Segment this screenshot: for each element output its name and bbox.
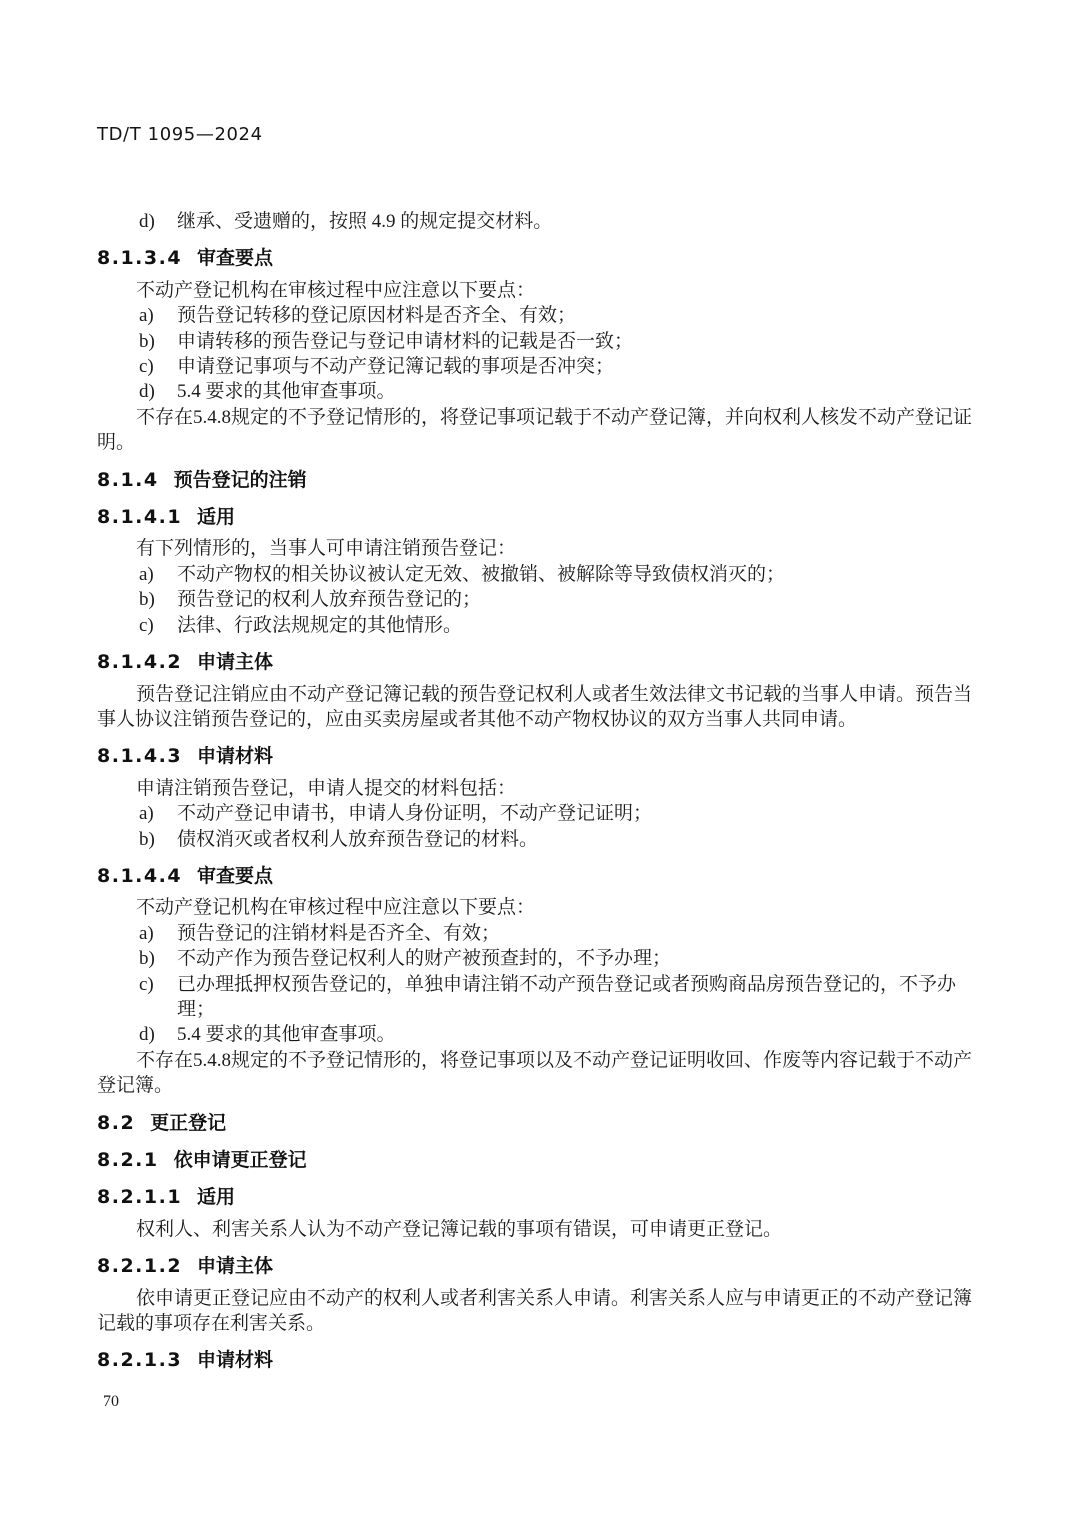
section-title: 申请主体 (197, 651, 273, 673)
list-item-label: b) (139, 827, 155, 852)
section-number: 8.1.4.3 (97, 745, 182, 767)
list-item-text: 申请转移的预告登记与登记申请材料的记载是否一致； (177, 331, 633, 352)
list-item-text: 预告登记转移的登记原因材料是否齐全、有效； (177, 305, 576, 326)
list-item-text: 法律、行政法规规定的其他情形。 (177, 615, 462, 636)
list-item-text: 不动产登记申请书，申请人身份证明，不动产登记证明； (177, 803, 652, 824)
paragraph: 预告登记注销应由不动产登记簿记载的预告登记权利人或者生效法律文书记载的当事人申请… (97, 682, 978, 733)
list-item-label: c) (139, 354, 154, 379)
section-number: 8.1.4.2 (97, 651, 182, 673)
list-item-text: 继承、受遗赠的，按照 4.9 的规定提交材料。 (177, 211, 552, 232)
list-item: b) 申请转移的预告登记与登记申请材料的记载是否一致； (97, 329, 978, 354)
section-heading: 8.2.1依申请更正登记 (97, 1148, 978, 1173)
paragraph: 申请注销预告登记，申请人提交的材料包括： (97, 776, 978, 801)
doc-number: TD/T 1095—2024 (97, 0, 978, 145)
section-number: 8.1.4.4 (97, 865, 182, 887)
document-content: d) 继承、受遗赠的，按照 4.9 的规定提交材料。 8.1.3.4审查要点 不… (97, 209, 978, 1374)
list-item-label: b) (139, 329, 155, 354)
list-item-label: a) (139, 921, 154, 946)
list-item-text: 申请登记事项与不动产登记簿记载的事项是否冲突； (177, 356, 614, 377)
list-item: d) 继承、受遗赠的，按照 4.9 的规定提交材料。 (97, 209, 978, 234)
list-item-text: 不动产物权的相关协议被认定无效、被撤销、被解除等导致债权消灭的； (177, 564, 785, 585)
list-item-label: a) (139, 562, 154, 587)
page-number: 70 (103, 1393, 119, 1411)
section-heading: 8.1.4.3申请材料 (97, 744, 978, 769)
list-item-label: a) (139, 801, 154, 826)
section-number: 8.1.3.4 (97, 247, 182, 269)
section-title: 适用 (197, 1186, 235, 1208)
section-heading: 8.2.1.2申请主体 (97, 1254, 978, 1279)
list-item: b) 债权消灭或者权利人放弃预告登记的材料。 (97, 827, 978, 852)
list-item-label: a) (139, 303, 154, 328)
list-item-label: b) (139, 587, 155, 612)
section-title: 申请材料 (197, 1349, 273, 1371)
paragraph: 有下列情形的，当事人可申请注销预告登记： (97, 536, 978, 561)
list-item: d) 5.4 要求的其他审查事项。 (97, 1022, 978, 1047)
section-heading: 8.2更正登记 (97, 1111, 978, 1136)
list-item: a) 预告登记转移的登记原因材料是否齐全、有效； (97, 303, 978, 328)
paragraph: 不存在5.4.8规定的不予登记情形的，将登记事项以及不动产登记证明收回、作废等内… (97, 1048, 978, 1099)
section-number: 8.2.1.1 (97, 1186, 182, 1208)
list-item-text: 预告登记的权利人放弃预告登记的； (177, 589, 481, 610)
list-item: a) 预告登记的注销材料是否齐全、有效； (97, 921, 978, 946)
paragraph: 不存在5.4.8规定的不予登记情形的，将登记事项记载于不动产登记簿，并向权利人核… (97, 405, 978, 456)
section-title: 申请主体 (197, 1255, 273, 1277)
section-heading: 8.1.3.4审查要点 (97, 246, 978, 271)
section-title: 审查要点 (197, 247, 273, 269)
list-item-label: d) (139, 379, 155, 404)
section-number: 8.2.1.2 (97, 1255, 182, 1277)
list-item-label: b) (139, 946, 155, 971)
paragraph: 依申请更正登记应由不动产的权利人或者利害关系人申请。利害关系人应与申请更正的不动… (97, 1286, 978, 1337)
section-heading: 8.1.4.1适用 (97, 505, 978, 530)
list-item: b) 预告登记的权利人放弃预告登记的； (97, 587, 978, 612)
list-item-text: 预告登记的注销材料是否齐全、有效； (177, 923, 500, 944)
section-heading: 8.1.4预告登记的注销 (97, 468, 978, 493)
document-page: TD/T 1095—2024 d) 继承、受遗赠的，按照 4.9 的规定提交材料… (0, 0, 1074, 1520)
section-heading: 8.2.1.3申请材料 (97, 1348, 978, 1373)
section-number: 8.1.4 (97, 469, 159, 491)
section-number: 8.2.1 (97, 1149, 159, 1171)
list-item-text: 不动产作为预告登记权利人的财产被预查封的，不予办理； (177, 948, 671, 969)
paragraph: 权利人、利害关系人认为不动产登记簿记载的事项有错误，可申请更正登记。 (97, 1217, 978, 1242)
list-item-label: d) (139, 1022, 155, 1047)
list-item-text: 5.4 要求的其他审查事项。 (177, 1024, 396, 1045)
list-item-label: c) (139, 972, 154, 997)
page-margin-box: TD/T 1095—2024 d) 继承、受遗赠的，按照 4.9 的规定提交材料… (0, 0, 1074, 1374)
list-item-label: d) (139, 209, 155, 234)
paragraph: 不动产登记机构在审核过程中应注意以下要点： (97, 895, 978, 920)
list-item: a) 不动产物权的相关协议被认定无效、被撤销、被解除等导致债权消灭的； (97, 562, 978, 587)
list-item: c) 申请登记事项与不动产登记簿记载的事项是否冲突； (97, 354, 978, 379)
section-number: 8.2 (97, 1112, 135, 1134)
list-item-text: 债权消灭或者权利人放弃预告登记的材料。 (177, 829, 538, 850)
section-title: 预告登记的注销 (174, 469, 307, 491)
list-item: a) 不动产登记申请书，申请人身份证明，不动产登记证明； (97, 801, 978, 826)
list-item-label: c) (139, 613, 154, 638)
section-heading: 8.2.1.1适用 (97, 1185, 978, 1210)
list-item: b) 不动产作为预告登记权利人的财产被预查封的，不予办理； (97, 946, 978, 971)
section-heading: 8.1.4.2申请主体 (97, 650, 978, 675)
section-number: 8.2.1.3 (97, 1349, 182, 1371)
paragraph: 不动产登记机构在审核过程中应注意以下要点： (97, 278, 978, 303)
list-item-text: 5.4 要求的其他审查事项。 (177, 381, 396, 402)
list-item: d) 5.4 要求的其他审查事项。 (97, 379, 978, 404)
section-title: 审查要点 (197, 865, 273, 887)
section-number: 8.1.4.1 (97, 506, 182, 528)
list-item: c) 法律、行政法规规定的其他情形。 (97, 613, 978, 638)
section-title: 适用 (197, 506, 235, 528)
section-title: 更正登记 (150, 1112, 226, 1134)
section-title: 依申请更正登记 (174, 1149, 307, 1171)
list-item-text: 已办理抵押权预告登记的，单独申请注销不动产预告登记或者预购商品房预告登记的，不予… (177, 974, 956, 1020)
list-item: c) 已办理抵押权预告登记的，单独申请注销不动产预告登记或者预购商品房预告登记的… (97, 972, 978, 1023)
section-title: 申请材料 (197, 745, 273, 767)
section-heading: 8.1.4.4审查要点 (97, 864, 978, 889)
